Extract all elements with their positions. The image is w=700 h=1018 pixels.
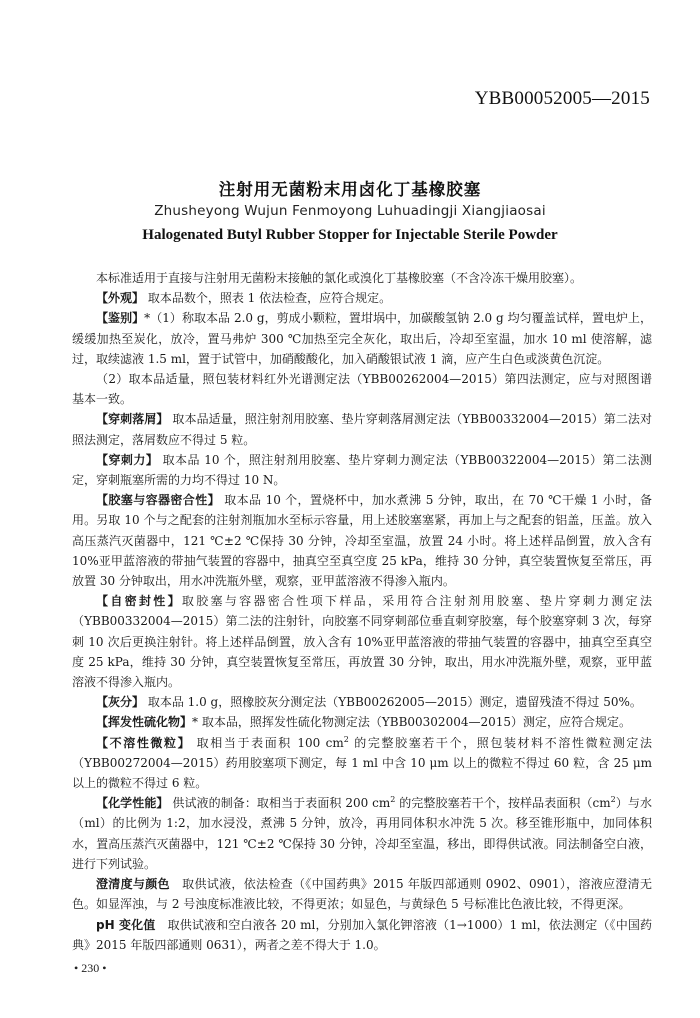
- container-seal-heading: 【胶塞与容器密合性】: [96, 493, 220, 507]
- appearance-paragraph: 【外观】 取本品数个，照表 1 依法检查，应符合规定。: [72, 288, 652, 308]
- volatile-sulfide-text: 取本品，照挥发性硫化物测定法（YBB00302004—2015）测定，应符合规定…: [198, 715, 631, 729]
- chemical-text-b: 的完整胶塞若干个，按样品表面积（cm: [395, 796, 610, 810]
- ph-text: 取供试液和空白液各 20 ml，分别加入氯化钾溶液（1→1000）1 ml，依法…: [72, 918, 652, 952]
- title-chinese: 注射用无菌粉末用卤化丁基橡胶塞: [0, 176, 700, 200]
- ash-paragraph: 【灰分】 取本品 1.0 g，照橡胶灰分测定法（YBB00262005—2015…: [72, 692, 652, 712]
- ph-paragraph: pH 变化值 取供试液和空白液各 20 ml，分别加入氯化钾溶液（1→1000）…: [72, 915, 652, 955]
- identification-paragraph-2: （2）取本品适量，照包装材料红外光谱测定法（YBB00262004—2015）第…: [72, 369, 652, 409]
- title-english: Halogenated Butyl Rubber Stopper for Inj…: [0, 227, 700, 244]
- title-pinyin: Zhusheyong Wujun Fenmoyong Luhuadingji X…: [0, 203, 700, 219]
- scope-text: 本标准适用于直接与注射用无菌粉末接触的氯化或溴化丁基橡胶塞（不含冷冻干燥用胶塞）…: [96, 271, 582, 285]
- chemical-paragraph: 【化学性能】 供试液的制备：取相当于表面积 200 cm2 的完整胶塞若干个，按…: [72, 793, 652, 874]
- puncture-force-paragraph: 【穿刺力】 取本品 10 个，照注射剂用胶塞、垫片穿刺力测定法（YBB00322…: [72, 450, 652, 490]
- identification-heading: 【鉴别】: [96, 311, 144, 325]
- puncture-fragmentation-paragraph: 【穿刺落屑】 取本品适量，照注射剂用胶塞、垫片穿刺落屑测定法（YBB003320…: [72, 409, 652, 449]
- self-sealing-heading: 【自密封性】: [96, 594, 182, 608]
- self-sealing-paragraph: 【自密封性】取胶塞与容器密合性项下样品，采用符合注射剂用胶塞、垫片穿刺力测定法（…: [72, 591, 652, 692]
- document-body: 本标准适用于直接与注射用无菌粉末接触的氯化或溴化丁基橡胶塞（不含冷冻干燥用胶塞）…: [72, 268, 652, 955]
- standard-number: YBB00052005—2015: [475, 88, 650, 110]
- self-sealing-text: 取胶塞与容器密合性项下样品，采用符合注射剂用胶塞、垫片穿刺力测定法（YBB003…: [72, 594, 652, 689]
- volatile-sulfide-heading: 【挥发性硫化物】: [96, 715, 192, 729]
- identification-text-1: （1）称取本品 2.0 g，剪成小颗粒，置坩埚中，加碳酸氢钠 2.0 g 均匀覆…: [72, 311, 652, 365]
- puncture-fragmentation-heading: 【穿刺落屑】: [96, 412, 169, 426]
- puncture-force-text: 取本品 10 个，照注射剂用胶塞、垫片穿刺力测定法（YBB00322004—20…: [72, 453, 652, 487]
- identification-paragraph-1: 【鉴别】*（1）称取本品 2.0 g，剪成小颗粒，置坩埚中，加碳酸氢钠 2.0 …: [72, 308, 652, 369]
- ph-heading: pH 变化值: [96, 918, 155, 932]
- clarity-heading: 澄清度与颜色: [96, 877, 170, 891]
- chemical-text-a: 供试液的制备：取相当于表面积 200 cm: [168, 796, 390, 810]
- ash-text: 取本品 1.0 g，照橡胶灰分测定法（YBB00262005—2015）测定，遗…: [144, 695, 642, 709]
- chemical-heading: 【化学性能】: [96, 796, 168, 810]
- volatile-sulfide-paragraph: 【挥发性硫化物】* 取本品，照挥发性硫化物测定法（YBB00302004—201…: [72, 712, 652, 732]
- container-seal-text: 取本品 10 个，置烧杯中，加水煮沸 5 分钟，取出，在 70 ℃干燥 1 小时…: [72, 493, 652, 588]
- insoluble-particles-paragraph: 【不溶性微粒】 取相当于表面积 100 cm2 的完整胶塞若干个，照包装材料不溶…: [72, 733, 652, 794]
- appearance-text: 取本品数个，照表 1 依法检查，应符合规定。: [144, 291, 391, 305]
- ash-heading: 【灰分】: [96, 695, 144, 709]
- insoluble-particles-text-a: 取相当于表面积 100 cm: [191, 736, 344, 750]
- page-number: • 230 •: [74, 961, 106, 976]
- puncture-force-heading: 【穿刺力】: [96, 453, 158, 467]
- clarity-paragraph: 澄清度与颜色 取供试液，依法检查（《中国药典》2015 年版四部通则 0902、…: [72, 874, 652, 914]
- container-seal-paragraph: 【胶塞与容器密合性】 取本品 10 个，置烧杯中，加水煮沸 5 分钟，取出，在 …: [72, 490, 652, 591]
- scope-paragraph: 本标准适用于直接与注射用无菌粉末接触的氯化或溴化丁基橡胶塞（不含冷冻干燥用胶塞）…: [72, 268, 652, 288]
- insoluble-particles-heading: 【不溶性微粒】: [96, 736, 191, 750]
- appearance-heading: 【外观】: [96, 291, 144, 305]
- identification-text-2: （2）取本品适量，照包装材料红外光谱测定法（YBB00262004—2015）第…: [72, 372, 652, 406]
